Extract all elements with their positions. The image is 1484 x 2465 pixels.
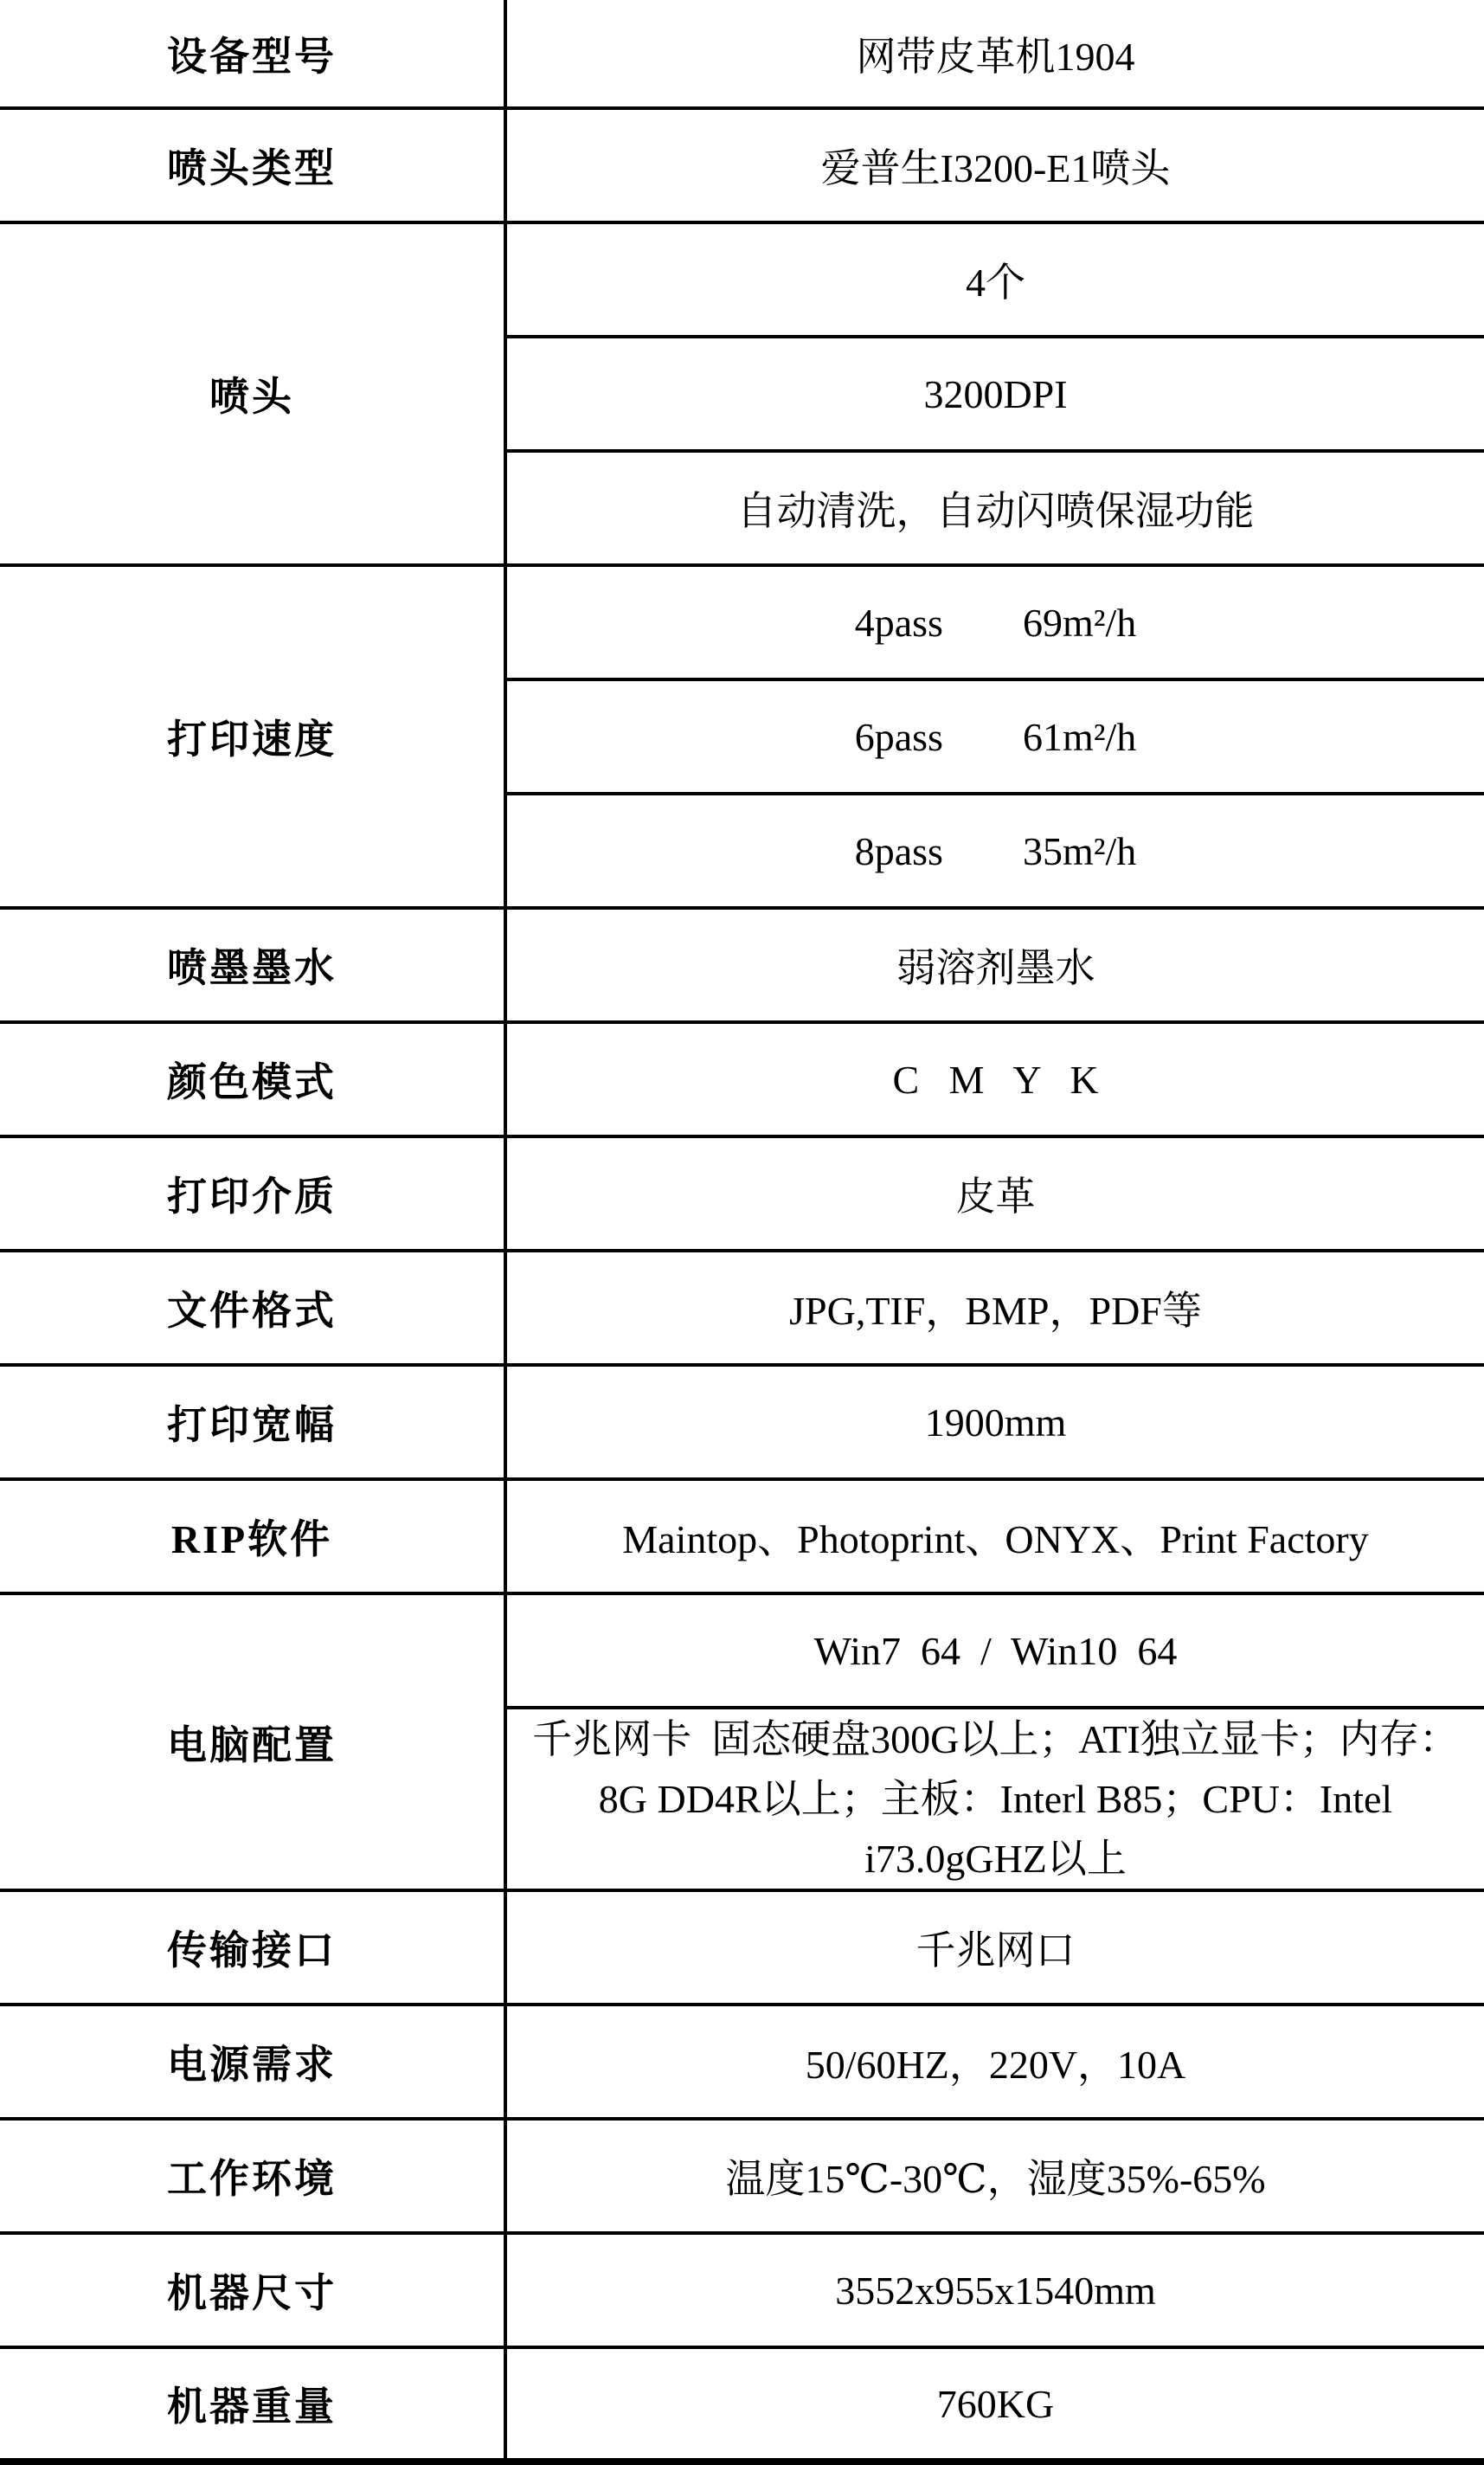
value-color-mode: C M Y K [505,1022,1484,1136]
label-machine-size: 机器尺寸 [0,2233,505,2347]
spec-table: 设备型号 网带皮革机1904 喷头类型 爱普生I3200-E1喷头 喷头 4个 … [0,0,1484,2465]
label-environment: 工作环境 [0,2119,505,2233]
table-row: 喷头类型 爱普生I3200-E1喷头 [0,108,1484,222]
table-row: 设备型号 网带皮革机1904 [0,0,1484,108]
table-row: 机器尺寸 3552x955x1540mm [0,2233,1484,2347]
value-hardware-config: 千兆网卡 固态硬盘300G以上；ATI独立显卡；内存：8G DD4R以上；主板：… [505,1708,1484,1890]
value-file-format: JPG,TIF，BMP，PDF等 [505,1251,1484,1365]
label-printhead: 喷头 [0,222,505,565]
value-printhead-resolution: 3200DPI [505,337,1484,451]
pass-count: 6pass [855,715,943,759]
speed-rate: 35m²/h [1023,829,1136,873]
value-printhead-features: 自动清洗，自动闪喷保湿功能 [505,451,1484,565]
value-machine-weight: 760KG [505,2347,1484,2462]
table-row: 文件格式 JPG,TIF，BMP，PDF等 [0,1251,1484,1365]
table-row: 工作环境 温度15℃-30℃，湿度35%-65% [0,2119,1484,2233]
value-device-model: 网带皮革机1904 [505,0,1484,108]
table-row: 颜色模式 C M Y K [0,1022,1484,1136]
value-interface: 千兆网口 [505,1890,1484,2005]
value-printhead-count: 4个 [505,222,1484,337]
label-printhead-type: 喷头类型 [0,108,505,222]
table-row: 打印宽幅 1900mm [0,1365,1484,1479]
value-os-support: Win7 64 / Win10 64 [505,1593,1484,1708]
value-environment: 温度15℃-30℃，湿度35%-65% [505,2119,1484,2233]
value-rip-software: Maintop、Photoprint、ONYX、Print Factory [505,1479,1484,1593]
pass-count: 4pass [855,601,943,645]
label-print-width: 打印宽幅 [0,1365,505,1479]
value-ink-type: 弱溶剂墨水 [505,908,1484,1022]
table-row: 喷头 4个 [0,222,1484,337]
label-interface: 传输接口 [0,1890,505,2005]
label-machine-weight: 机器重量 [0,2347,505,2462]
label-file-format: 文件格式 [0,1251,505,1365]
label-power: 电源需求 [0,2005,505,2119]
label-color-mode: 颜色模式 [0,1022,505,1136]
value-print-width: 1900mm [505,1365,1484,1479]
label-ink-type: 喷墨墨水 [0,908,505,1022]
label-print-media: 打印介质 [0,1136,505,1251]
value-speed-4pass: 4pass69m²/h [505,565,1484,679]
table-row: RIP软件 Maintop、Photoprint、ONYX、Print Fact… [0,1479,1484,1593]
pass-count: 8pass [855,829,943,873]
table-row: 机器重量 760KG [0,2347,1484,2462]
value-printhead-type: 爱普生I3200-E1喷头 [505,108,1484,222]
table-row: 传输接口 千兆网口 [0,1890,1484,2005]
value-speed-8pass: 8pass35m²/h [505,794,1484,908]
table-row: 打印速度 4pass69m²/h [0,565,1484,679]
speed-rate: 69m²/h [1023,601,1136,645]
table-row: 打印介质 皮革 [0,1136,1484,1251]
table-row: 电脑配置 Win7 64 / Win10 64 [0,1593,1484,1708]
value-print-media: 皮革 [505,1136,1484,1251]
label-device-model: 设备型号 [0,0,505,108]
label-print-speed: 打印速度 [0,565,505,908]
table-row: 喷墨墨水 弱溶剂墨水 [0,908,1484,1022]
value-speed-6pass: 6pass61m²/h [505,679,1484,794]
value-machine-size: 3552x955x1540mm [505,2233,1484,2347]
label-rip-software: RIP软件 [0,1479,505,1593]
speed-rate: 61m²/h [1023,715,1136,759]
label-computer-config: 电脑配置 [0,1593,505,1890]
value-power: 50/60HZ，220V，10A [505,2005,1484,2119]
table-row: 电源需求 50/60HZ，220V，10A [0,2005,1484,2119]
